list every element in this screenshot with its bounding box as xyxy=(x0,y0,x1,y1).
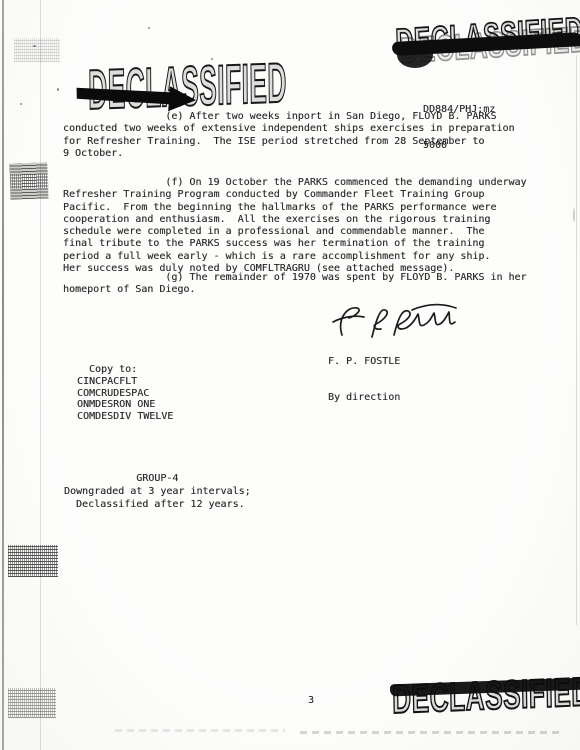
classification-group-block: GROUP-4 Downgraded at 3 year intervals; … xyxy=(64,472,251,511)
scan-speck xyxy=(573,208,575,222)
scan-speck xyxy=(33,45,36,47)
ink-smear xyxy=(397,42,433,68)
declassified-stamp-top-right: DECLASSIFIED DECLASSIFIED xyxy=(395,24,580,84)
scan-speck xyxy=(57,88,59,91)
signature-by-line: By direction xyxy=(328,392,400,404)
margin-smudge-patch xyxy=(8,545,58,577)
scan-speck xyxy=(20,103,22,105)
paragraph-e: (e) After two weeks inport in San Diego,… xyxy=(63,111,515,160)
scanned-document-page: DECLASSIFIED DECLASSIFIED DECLASSIFIED D… xyxy=(0,0,580,750)
scan-edge-line-right xyxy=(576,55,577,625)
signature-block: F. P. FOSTLE By direction xyxy=(328,331,400,429)
copy-to-label: Copy to: xyxy=(89,364,137,376)
margin-smudge-patch xyxy=(14,38,60,62)
signature-typed-name: F. P. FOSTLE xyxy=(328,356,400,368)
paragraph-f: (f) On 19 October the PARKS commenced th… xyxy=(63,177,527,275)
copy-to-recipients: CINCPACFLT COMCRUDESPAC ONMDESRON ONE CO… xyxy=(77,376,173,422)
scan-speck xyxy=(148,27,150,29)
page-number: 3 xyxy=(308,695,314,707)
scan-fold-line xyxy=(40,0,41,750)
margin-smudge-patch xyxy=(8,688,56,718)
declassified-stamp-bottom-right: DECLASSIFIED xyxy=(392,680,580,736)
paragraph-g: (g) The remainder of 1970 was spent by F… xyxy=(63,272,527,297)
bottom-smudge-line xyxy=(115,729,285,732)
margin-smudge-patch xyxy=(9,162,48,199)
scan-edge-line-left xyxy=(2,0,4,750)
